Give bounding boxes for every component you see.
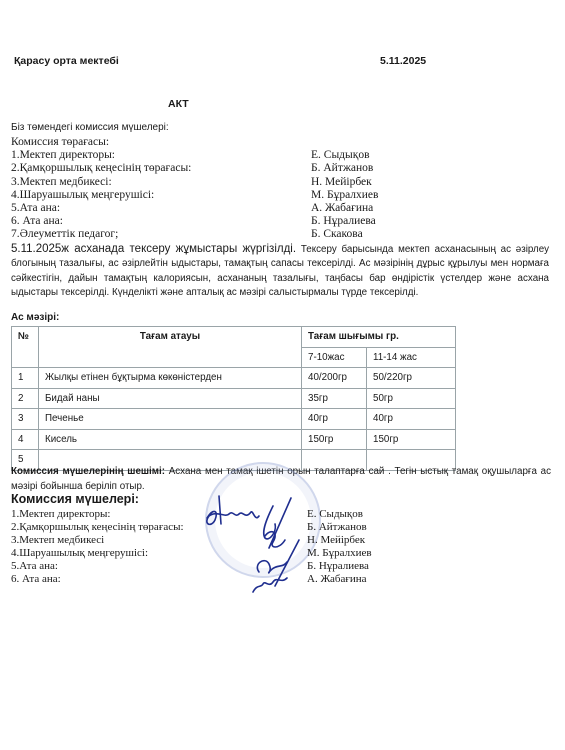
signatory-name: Б. Айтжанов [307,521,431,534]
header-name: Тағам атауы [39,327,302,368]
member-role: 1.Мектеп директоры: [11,149,311,162]
row-age1: 40гр [302,409,367,430]
row-name: Жылқы етінен бұқтырма көкөністерден [39,368,302,389]
paragraph-lead: 5.11.2025ж асханада тексеру жұмыстары жү… [11,243,296,255]
row-no: 1 [12,368,39,389]
member-name: Б. Айтжанов [311,162,431,175]
member-row: 2.Қамқоршылық кеңесінің төрағасы:Б. Айтж… [11,162,431,175]
row-age2: 40гр [367,409,456,430]
signatory-name: А. Жабағина [307,573,431,586]
member-name: М. Бұралхиев [311,189,431,202]
menu-label: Ас мәзірі: [11,312,59,323]
table-row: 4 Кисель 150гр 150гр [12,429,456,450]
member-name: Н. Мейірбек [311,176,431,189]
header-output: Тағам шығымы гр. [302,327,456,348]
member-row: 1.Мектеп директоры:Е. Сыдықов [11,149,431,162]
member-row: 7.Әлеуметтік педагог;Б. Скакова [11,228,431,241]
member-role: 5.Ата ана: [11,202,311,215]
row-name: Печенье [39,409,302,430]
member-name: Б. Нұралиева [311,215,431,228]
row-no: 3 [12,409,39,430]
commission-list: Комиссия төрағасы: 1.Мектеп директоры:Е.… [11,136,431,242]
header-age-11-14: 11-14 жас [367,347,456,368]
member-role: 2.Қамқоршылық кеңесінің төрағасы: [11,162,311,175]
row-no: 2 [12,388,39,409]
table-row: 3 Печенье 40гр 40гр [12,409,456,430]
member-row: 5.Ата ана:А. Жабағина [11,202,431,215]
chair-label: Комиссия төрағасы: [11,136,109,149]
member-role: 4.Шаруашылық меңгерушісі: [11,189,311,202]
member-name: Е. Сыдықов [311,149,431,162]
row-age2: 50гр [367,388,456,409]
table-row: 1 Жылқы етінен бұқтырма көкөністерден 40… [12,368,456,389]
row-name: Кисель [39,429,302,450]
row-age2: 50/220гр [367,368,456,389]
member-name: А. Жабағина [311,202,431,215]
signatory-name: М. Бұралхиев [307,547,431,560]
row-age1: 150гр [302,429,367,450]
member-name: Б. Скакова [311,228,431,241]
signatories-title: Комиссия мүшелері: [11,492,139,506]
document-date: 5.11.2025 [380,55,426,67]
row-age2: 150гр [367,429,456,450]
member-role: 3.Мектеп медбикесі: [11,176,311,189]
header-no: № [12,327,39,368]
commission-chair-label: Комиссия төрағасы: [11,136,431,149]
signatory-name: Б. Нұралиева [307,560,431,573]
signatory-name: Н. Мейірбек [307,534,431,547]
row-age1: 40/200гр [302,368,367,389]
menu-table: № Тағам атауы Тағам шығымы гр. 7-10жас 1… [11,326,456,471]
decision-label: Комиссия мүшелерінің шешімі: [11,466,165,477]
row-name: Бидай наны [39,388,302,409]
member-row: 4.Шаруашылық меңгерушісі:М. Бұралхиев [11,189,431,202]
table-row: 2 Бидай наны 35гр 50гр [12,388,456,409]
signatures-icon [195,488,325,598]
member-row: 6. Ата ана:Б. Нұралиева [11,215,431,228]
member-row: 3.Мектеп медбикесі:Н. Мейірбек [11,176,431,189]
intro-text: Біз төмендегі комиссия мүшелері: [11,122,169,133]
row-age1: 35гр [302,388,367,409]
document-title: АКТ [168,98,189,110]
member-role: 7.Әлеуметтік педагог; [11,228,311,241]
table-header-row: № Тағам атауы Тағам шығымы гр. [12,327,456,348]
signatory-name: Е. Сыдықов [307,508,431,521]
member-role: 6. Ата ана: [11,215,311,228]
school-name: Қарасу орта мектебі [14,55,119,67]
header-age-7-10: 7-10жас [302,347,367,368]
inspection-paragraph: 5.11.2025ж асханада тексеру жұмыстары жү… [11,242,549,300]
row-no: 4 [12,429,39,450]
